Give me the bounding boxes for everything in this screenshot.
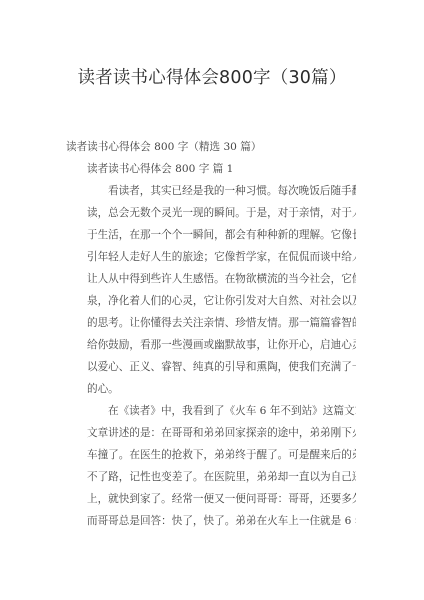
text-line: 文章讲述的是：在哥哥和弟弟回家探亲的途中，弟弟刚下火车就被 bbox=[66, 422, 356, 444]
text-line: 给你鼓励，看那一些漫画或幽默故事，让你开心，启迪心灵，给人 bbox=[66, 334, 356, 356]
paragraph-2: 在《读者》中，我看到了《火车 6 年不到站》这篇文章。这篇 文章讲述的是：在哥哥… bbox=[66, 400, 356, 532]
text-line: 泉，净化着人们的心灵，它让你引发对大自然、对社会以及对人生 bbox=[66, 290, 356, 312]
text-line: 的心。 bbox=[66, 378, 356, 400]
text-line: 车撞了。在医生的抢救下，弟弟终于醒了。可是醒来后的弟弟却走 bbox=[66, 444, 356, 466]
document-subtitle: 读者读书心得体会 800 字（精选 30 篇） bbox=[66, 136, 356, 158]
text-line: 以爱心、正义、睿智、纯真的引导和熏陶，使我们充满了一颗感恩 bbox=[66, 356, 356, 378]
text-line: 不了路，记性也变差了。在医院里，弟弟却一直以为自己还在火车 bbox=[66, 466, 356, 488]
text-line: 在《读者》中，我看到了《火车 6 年不到站》这篇文章。这篇 bbox=[66, 400, 356, 422]
text-line: 的思考。让你懂得去关注亲情、珍惜友情。那一篇篇睿智的文章， bbox=[66, 312, 356, 334]
text-line: 让人从中得到些许人生感悟。在物欲横流的当今社会，它像一股清 bbox=[66, 268, 356, 290]
text-line: 于生活，在那一个个一瞬间，都会有种种新的理解。它像长者，指 bbox=[66, 224, 356, 246]
text-line: 引年轻人走好人生的旅途；它像哲学家，在侃侃而谈中给人以启迪， bbox=[66, 246, 356, 268]
paragraph-1: 看读者，其实已经是我的一种习惯。每次晚饭后随手翻阅，细 读，总会无数个灵光一现的… bbox=[66, 180, 356, 400]
text-line: 上，就快到家了。经常一便又一便问哥哥：哥哥，还要多久才到家? bbox=[66, 488, 356, 510]
document-page: 读者读书心得体会800字（30篇） 读者读书心得体会 800 字（精选 30 篇… bbox=[0, 0, 424, 600]
text-line: 而哥哥总是回答：快了，快了。弟弟在火车上一住就是 6 年，而哥 bbox=[66, 510, 356, 532]
text-line: 看读者，其实已经是我的一种习惯。每次晚饭后随手翻阅，细 bbox=[66, 180, 356, 202]
document-title: 读者读书心得体会800字（30篇） bbox=[0, 66, 424, 90]
text-line: 读，总会无数个灵光一现的瞬间。于是，对于亲情，对于人生，对 bbox=[66, 202, 356, 224]
document-body: 读者读书心得体会 800 字（精选 30 篇） 读者读书心得体会 800 字 篇… bbox=[66, 136, 356, 532]
section-heading: 读者读书心得体会 800 字 篇 1 bbox=[66, 158, 356, 180]
